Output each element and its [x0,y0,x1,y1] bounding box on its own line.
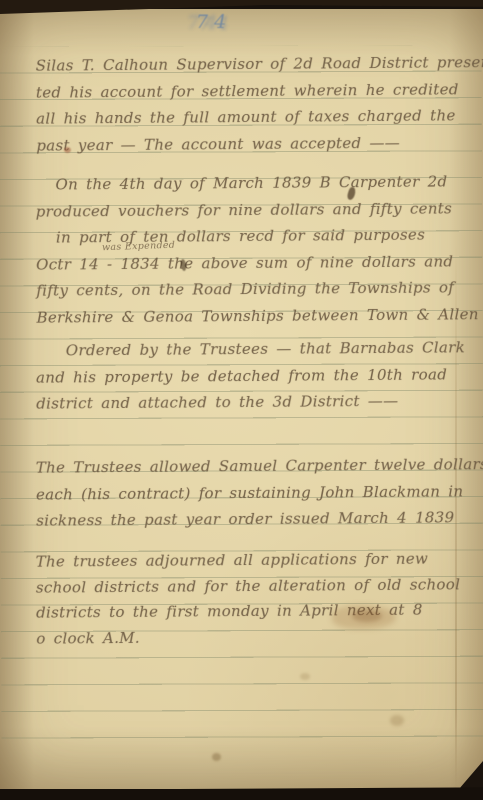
page-corner [459,761,483,789]
ledger-page-photo: 74 Silas T. Calhoun Supervisor of 2d Roa… [0,0,483,800]
handwritten-line: Silas T. Calhoun Supervisor of 2d Road D… [36,49,459,79]
paragraph-road-account: Silas T. Calhoun Supervisor of 2d Road D… [36,49,460,158]
paper-stain [212,753,221,761]
handwritten-line: Octr 14 - 1834 the above sum of nine dol… [36,248,459,278]
handwritten-line: produced vouchers for nine dollars and f… [36,195,459,225]
handwritten-line: districts to the first monday in April n… [36,597,459,626]
handwritten-line: o clock A.M. [36,623,459,652]
paragraph-detach-order: Ordered by the Trustees — that Barnabas … [36,334,460,417]
handwritten-line: and his property be detached from the 10… [36,361,459,391]
paragraph-adjournment: The trustees adjourned all applications … [36,546,460,651]
handwritten-line: Ordered by the Trustees — that Barnabas … [36,334,459,364]
handwritten-line: On the 4th day of March 1839 B Carpenter… [35,168,458,198]
handwritten-line: The Trustees allowed Samuel Carpenter tw… [36,451,459,481]
handwritten-line: The trustees adjourned all applications … [36,546,459,575]
paragraph-vouchers: On the 4th day of March 1839 B Carpenter… [35,168,459,330]
handwritten-line: in part of ten dollars recd for said pur… [36,221,459,251]
handwritten-line: all his hands the full amount of taxes c… [36,102,459,132]
handwritten-line: ted his account for settlement wherein h… [36,76,459,106]
handwritten-line: Berkshire & Genoa Townships between Town… [36,301,459,331]
handwritten-line: past year — The account was accepted —— [36,129,459,159]
page-number: 74 [196,11,256,33]
handwritten-line: school districts and for the alteration … [36,572,459,601]
handwritten-line: sickness the past year order issued Marc… [36,504,459,534]
handwritten-line: each (his contract) for sustaining John … [36,478,459,508]
paragraph-allowance: The Trustees allowed Samuel Carpenter tw… [36,451,460,534]
handwritten-line: fifty cents, on the Road Dividing the To… [36,274,459,304]
handwritten-line: district and attached to the 3d District… [36,387,459,417]
ledger-page: 74 Silas T. Calhoun Supervisor of 2d Roa… [0,9,483,789]
